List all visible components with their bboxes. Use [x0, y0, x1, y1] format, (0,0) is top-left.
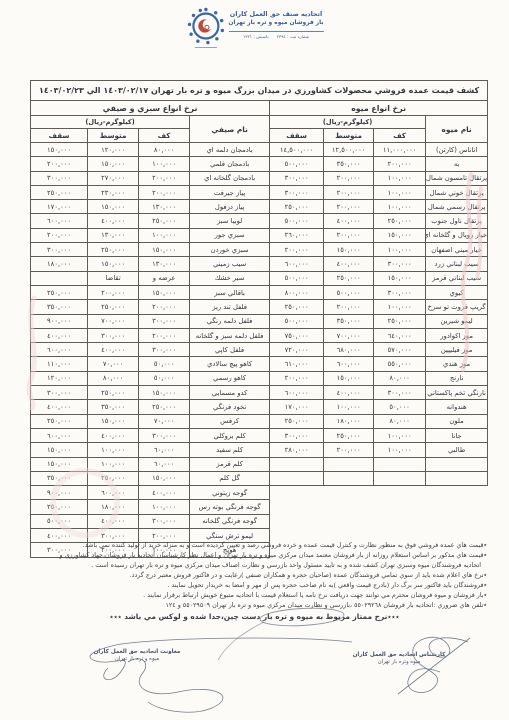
- fruit-floor-cell: ١٠٠,٠٠٠: [374, 200, 426, 214]
- footnotes: ٭قيمت هاي عمده فروشي فوق به منظور نظارت …: [22, 541, 487, 611]
- table-row: جانا١٠٠,٠٠٠٢٥٠,٠٠٠٣٠٠,٠٠٠كلم بروكلي٣٠٠,٠…: [31, 428, 488, 442]
- fruit-name-cell: پرتقال رسمي شمال: [426, 200, 488, 214]
- veg-cap-cell: ٤٠٠,٠٠٠: [31, 328, 88, 342]
- veg-cap-cell: ٩٠٠,٠٠٠: [31, 314, 88, 328]
- fruit-floor-cell: [374, 486, 426, 500]
- veg-floor-cell: ٨٠,٠٠٠: [139, 143, 190, 157]
- fruit-floor-cell: ٣٠٠,٠٠٠: [374, 285, 426, 299]
- fruit-avg-cell: [324, 514, 374, 528]
- veg-cap-cell: ١٥٠,٠٠٠: [31, 457, 88, 471]
- fruit-cap-cell: ٥٠٠,٠٠٠: [270, 314, 324, 328]
- veg-avg-cell: ١٨٠,٠٠٠: [88, 500, 139, 514]
- fruit-floor-cell: ٥٧٠,٠٠٠: [374, 343, 426, 357]
- veg-name-cell: گوجه زيتوني: [190, 486, 270, 500]
- table-row: گوجه زيتوني٤٠٠,٠٠٠٦٠٠,٠٠٠٩٠٠,٠٠٠: [31, 486, 488, 500]
- fruit-cap-cell: [270, 486, 324, 500]
- veg-avg-cell: ١٠٠,٠٠٠: [88, 457, 139, 471]
- fruit-name-cell: نارنگي تخم پاكستاني: [426, 386, 488, 400]
- veg-name-cell: سبزي جور: [190, 228, 270, 242]
- fruit-name-column-header: نام ميوه: [426, 116, 488, 143]
- veg-cap-cell: [31, 271, 88, 285]
- fruit-cap-cell: ٢٨٠,٠٠٠: [270, 443, 324, 457]
- veg-name-cell: لوبيا سبز: [190, 214, 270, 228]
- fruit-floor-cell: ١٠٠,٠٠٠: [374, 443, 426, 457]
- table-row: ليمو شيرين٢٥٠,٠٠٠٣٥٠,٠٠٠٥٠٠,٠٠٠فلفل دلمه…: [31, 314, 488, 328]
- veg-avg-cell: ٦٠٠,٠٠٠: [88, 486, 139, 500]
- footnote-line: ٭فروشندگان بايد فاكتور سر برگ دار (بادرج…: [22, 581, 487, 591]
- veg-floor-cell: ١٠٠,٠٠٠: [139, 157, 190, 171]
- veg-floor-cell: ٦٠,٠٠٠: [139, 443, 190, 457]
- fruit-avg-cell: [324, 457, 374, 471]
- fruit-floor-cell: ١٥٠,٠٠٠: [374, 271, 426, 285]
- fruit-cap-cell: ٣٠٠,٠٠٠: [270, 171, 324, 185]
- fruit-name-cell: خيار رويال و گلخانه اي: [426, 228, 488, 242]
- fruit-cap-cell: [270, 514, 324, 528]
- veg-avg-cell: ١٠٠,٠٠٠: [88, 443, 139, 457]
- veg-floor-cell: ١٠٠,٠٠٠: [139, 228, 190, 242]
- fruit-avg-cell: ٢٠٠,٠٠٠: [324, 228, 374, 242]
- fruit-cap-cell: ٢٥٠,٠٠٠: [270, 200, 324, 214]
- fruit-cap-cell: ٧٥٠,٠٠٠: [270, 328, 324, 342]
- price-table: كشف قيمت عمده فروشي محصولات كشاورزي در م…: [30, 80, 488, 558]
- veg-name-cell: نخود فرنگي: [190, 400, 270, 414]
- veg-name-cell: پياز دزفول: [190, 200, 270, 214]
- fruit-name-cell: اناناس (كارتن): [426, 143, 488, 157]
- veg-name-cell: پياز جيرفت: [190, 185, 270, 199]
- signature-left-subtitle: ميوه و تره بار تهران: [62, 656, 212, 662]
- fruit-name-cell: طالبي: [426, 443, 488, 457]
- fruit-avg-cell: ١٥٠,٠٠٠: [324, 371, 374, 385]
- veg-avg-cell: ٣٥٠,٠٠٠: [88, 400, 139, 414]
- fruit-cap-cell: [270, 500, 324, 514]
- veg-avg-cell: ٤٠٠,٠٠٠: [88, 428, 139, 442]
- table-row: خيار ميني اصفهان١٠٠,٠٠٠١٥٠,٠٠٠٢٠٠,٠٠٠سبز…: [31, 243, 488, 257]
- veg-avg-cell: ٣٠٠,٠٠٠: [88, 328, 139, 342]
- veg-floor-cell: ١٣٠,٠٠٠: [139, 200, 190, 214]
- fruit-name-cell: سيب لبناني زرد: [426, 257, 488, 271]
- veg-name-cell: كلم بروكلي: [190, 428, 270, 442]
- fruit-avg-cell: ١٢,٥٠٠,٠٠٠: [324, 143, 374, 157]
- fruit-floor-cell: [374, 500, 426, 514]
- table-row: موز اكوادور٦٤٠,٠٠٠٧٠٠,٠٠٠٧٥٠,٠٠٠فلفل دلم…: [31, 328, 488, 342]
- veg-avg-cell: ٤٠٠,٠٠٠: [88, 343, 139, 357]
- veg-avg-cell: ٢٥٠,٠٠٠: [88, 471, 139, 485]
- fruit-avg-cell: [324, 471, 374, 485]
- veg-cap-cell: ١٥٠,٠٠٠: [31, 143, 88, 157]
- fruit-name-cell: گريپ فروت تو سرخ: [426, 300, 488, 314]
- fruit-floor-cell: [374, 514, 426, 528]
- veg-cap-cell: ١٧٠,٠٠٠: [31, 200, 88, 214]
- table-row: موز هندي٥٥٠,٠٠٠٦٠٠,٠٠٠٦١٠,٠٠٠كاهو پيچ سا…: [31, 357, 488, 371]
- fruit-floor-cell: ٢٠٠,٠٠٠: [374, 157, 426, 171]
- veg-avg-cell: ٢٥٠,٠٠٠: [88, 300, 139, 314]
- fruit-cap-cell: [270, 457, 324, 471]
- veg-avg-cell: ٢٧٠,٠٠٠: [88, 171, 139, 185]
- veg-avg-cell: ٢٥٠,٠٠٠: [88, 243, 139, 257]
- fruit-name-cell: پرتقال خوني شمال: [426, 185, 488, 199]
- fruit-floor-cell: ٥٥٠,٠٠٠: [374, 357, 426, 371]
- veg-cap-cell: ١٨٠,٠٠٠: [31, 257, 88, 271]
- veg-name-cell: بادمجان قلمي: [190, 157, 270, 171]
- union-name-line2: بار فروشان ميوه و تره بار تهران: [228, 19, 323, 28]
- fruit-cap-cell: ٥٠٠,٠٠٠: [270, 271, 324, 285]
- fruit-avg-cell: ٤٠٠,٠٠٠: [324, 257, 374, 271]
- fruit-cap-cell: ٢٥٠,٠٠٠: [270, 414, 324, 428]
- veg-name-cell: گوجه فرنگي گلخانه: [190, 514, 270, 528]
- fruit-name-cell: هندوانه: [426, 400, 488, 414]
- fruit-floor-header: كف: [374, 129, 426, 143]
- veg-cap-cell: ٣٥٠,٠٠٠: [31, 471, 88, 485]
- signature-block-right: كارشناس اتحاديه حق العمل كاران ميوه وتره…: [333, 652, 465, 665]
- signature-right-subtitle: ميوه وتره بار تهران: [333, 659, 465, 665]
- veg-cap-header: سقف: [31, 129, 88, 143]
- fruit-name-cell: به: [426, 157, 488, 171]
- fruit-floor-cell: ٨٠,٠٠٠: [374, 414, 426, 428]
- fruit-floor-cell: ٥٠,٠٠٠: [374, 400, 426, 414]
- fruit-avg-cell: ٧٠٠,٠٠٠: [324, 328, 374, 342]
- fruit-floor-cell: ٢٥٠,٠٠٠: [374, 214, 426, 228]
- fruit-name-cell: [426, 514, 488, 528]
- fruit-avg-cell: ٣٥٠,٠٠٠: [324, 157, 374, 171]
- veg-floor-cell: ٦٠,٠٠٠: [139, 457, 190, 471]
- fruit-unit-label: (كيلوگرم-ريال): [270, 116, 426, 129]
- veg-name-column-header: نام صيفي: [190, 116, 270, 143]
- fruit-cap-cell: ٦٠٠,٠٠٠: [270, 257, 324, 271]
- fruit-cap-cell: ٣٠٠,٠٠٠: [270, 428, 324, 442]
- fruit-floor-cell: ١٠٠,٠٠٠: [374, 428, 426, 442]
- table-row: پرتقال تامسون شمال١٠٠,٠٠٠٢٠٠,٠٠٠٣٠٠,٠٠٠ب…: [31, 171, 488, 185]
- fruit-cap-cell: ٢٦٠,٠٠٠: [270, 228, 324, 242]
- veg-avg-cell: ٤٠٠,٠٠٠: [88, 214, 139, 228]
- fruit-avg-cell: [324, 486, 374, 500]
- fruit-avg-cell: ٢٠٠,٠٠٠: [324, 200, 374, 214]
- veg-name-cell: سبزي خوردن: [190, 243, 270, 257]
- table-row: هندوانه٥٠,٠٠٠١٠٠,٠٠٠١٧٠,٠٠٠نخود فرنگي٢٥٠…: [31, 400, 488, 414]
- fruit-cap-cell: ٧٢٠,٠٠٠: [270, 343, 324, 357]
- fruit-name-cell: [426, 486, 488, 500]
- signature-block-left: معاونت اتحاديه حق العمل كاران ميوه و تره…: [62, 649, 212, 662]
- signature-right-title: كارشناس اتحاديه حق العمل كاران: [333, 652, 465, 658]
- veg-floor-cell: ٢٠٠,٠٠٠: [139, 300, 190, 314]
- veg-avg-cell: ٢٥٠,٠٠٠: [88, 386, 139, 400]
- document-sheet: اتحاديه صنف حق العمل كاران بار فروشان مي…: [0, 0, 509, 720]
- veg-floor-cell: ٣٠٠,٠٠٠: [139, 314, 190, 328]
- footnote-line: ٭تلفن هاي ضروري :اتحاديه بار فروشان ٥٥٠٢…: [22, 601, 487, 611]
- veg-floor-cell: ١٣٠,٠٠٠: [139, 257, 190, 271]
- footnote-line: ٭قيمت هاي عمده فروشي فوق به منظور نظارت …: [22, 541, 487, 551]
- veg-name-cell: كاهو پيچ سالادي: [190, 357, 270, 371]
- fruit-avg-cell: ٥٠٠,٠٠٠: [324, 285, 374, 299]
- footnote-line: ٭بار فروشان و ميوه فروشان محترم مي توانن…: [22, 591, 487, 601]
- fruit-name-cell: خيار ميني اصفهان: [426, 243, 488, 257]
- premium-rate-notice: ٭٭٭نرخ ممتاز مربوط به ميوه و تره بار دست…: [0, 612, 509, 621]
- fruit-cap-cell: ٥٠٠,٠٠٠: [270, 214, 324, 228]
- table-row: پرتقال رسمي شمال١٠٠,٠٠٠٢٠٠,٠٠٠٢٥٠,٠٠٠پيا…: [31, 200, 488, 214]
- fruit-cap-cell: ٢٥٠,٠٠٠: [270, 300, 324, 314]
- fruit-avg-cell: ٣٥٠,٠٠٠: [324, 314, 374, 328]
- veg-avg-cell: ٧٠٠,٠٠٠: [88, 314, 139, 328]
- fruit-cap-cell: ٣٠٠,٠٠٠: [270, 185, 324, 199]
- handwritten-signatures: [0, 632, 509, 720]
- veg-cap-cell: ٩٠٠,٠٠٠: [31, 486, 88, 500]
- veg-avg-cell: ١٥٠,٠٠٠: [88, 200, 139, 214]
- fruit-cap-cell: [270, 471, 324, 485]
- veg-name-cell: كرفس: [190, 414, 270, 428]
- fruit-avg-cell: ٢٠٠,٠٠٠: [324, 185, 374, 199]
- fruit-avg-cell: ٢٥٠,٠٠٠: [324, 428, 374, 442]
- veg-cap-cell: ٣٠٠,٠٠٠: [31, 171, 88, 185]
- veg-cap-cell: ٢٠٠,٠٠٠: [31, 228, 88, 242]
- veg-floor-cell: ٣٠٠,٠٠٠: [139, 514, 190, 528]
- fruit-avg-cell: ٢٠٠,٠٠٠: [324, 171, 374, 185]
- veg-cap-cell: ٢٥٠,٠٠٠: [31, 285, 88, 299]
- veg-name-cell: كاهو رسمي: [190, 371, 270, 385]
- fruit-name-cell: موز اكوادور: [426, 328, 488, 342]
- veg-name-cell: كدو مسمايي: [190, 386, 270, 400]
- table-row: اناناس (كارتن)١١,٠٠٠,٠٠٠١٢,٥٠٠,٠٠٠١٤,٥٠٠…: [31, 143, 488, 157]
- veg-cap-cell: ٣٠٠,٠٠٠: [31, 243, 88, 257]
- fruit-avg-cell: ١٨٠,٠٠٠: [324, 414, 374, 428]
- veg-avg-cell: ٧٠,٠٠٠: [88, 357, 139, 371]
- table-row: موز فيليپين٥٧٠,٠٠٠٦٨٠,٠٠٠٧٢٠,٠٠٠فلفل كاپ…: [31, 343, 488, 357]
- fruit-floor-cell: ١٠٠,٠٠٠: [374, 185, 426, 199]
- veg-floor-cell: ٢٥٠,٠٠٠: [139, 400, 190, 414]
- price-rows: اناناس (كارتن)١١,٠٠٠,٠٠٠١٢,٥٠٠,٠٠٠١٤,٥٠٠…: [31, 143, 488, 558]
- fruit-cap-cell: ٦٠٠,٠٠٠: [270, 386, 324, 400]
- table-row: گوجه فرنگي گلخانه٣٠٠,٠٠٠٤٠٠,٠٠٠٥٠٠,٠٠٠: [31, 514, 488, 528]
- veg-floor-cell: ٢٠٠,٠٠٠: [139, 328, 190, 342]
- table-row: سيب لبناني قرمز١٥٠,٠٠٠٢٥٠,٠٠٠٥٠٠,٠٠٠سير …: [31, 271, 488, 285]
- fruit-name-cell: نارنج: [426, 371, 488, 385]
- fruit-floor-cell: ١٠٠,٠٠٠: [374, 171, 426, 185]
- veg-cap-cell: ٦٠٠,٠٠٠: [31, 214, 88, 228]
- veg-avg-cell: ١٥٠,٠٠٠: [88, 414, 139, 428]
- union-logo: اتحاديه صنف حق العمل كاران بار فروشان مي…: [185, 5, 323, 53]
- veg-floor-cell: ١٠٠,٠٠٠: [139, 500, 190, 514]
- veg-avg-header: متوسط: [88, 129, 139, 143]
- fruit-floor-cell: ١٠٠,٠٠٠: [374, 243, 426, 257]
- veg-floor-cell: ٢٥٠,٠٠٠: [139, 214, 190, 228]
- fruit-name-cell: [426, 471, 488, 485]
- fruit-floor-cell: ٦٤٠,٠٠٠: [374, 328, 426, 342]
- veg-name-cell: بادمجان گلخانه اي: [190, 171, 270, 185]
- fruit-name-cell: موز فيليپين: [426, 343, 488, 357]
- veg-name-cell: بادمجان دلمه اي: [190, 143, 270, 157]
- fruit-cap-cell: ٥٠٠,٠٠٠: [270, 157, 324, 171]
- veg-avg-cell: ١٢٠,٠٠٠: [88, 143, 139, 157]
- veg-name-cell: گل كلم: [190, 471, 270, 485]
- fruit-avg-cell: ٤٠٠,٠٠٠: [324, 214, 374, 228]
- veg-unit-label: (كيلوگرم-ريال): [31, 116, 190, 129]
- veg-cap-cell: ١١٠,٠٠٠: [31, 357, 88, 371]
- veg-name-cell: فلفل دلمه رنگي: [190, 314, 270, 328]
- fruit-cap-cell: ١٤,٥٠٠,٠٠٠: [270, 143, 324, 157]
- fruit-avg-cell: ٢٠٠,٠٠٠: [324, 300, 374, 314]
- veg-avg-cell: ٢٠٠,٠٠٠: [88, 285, 139, 299]
- veg-avg-cell: ١٥٠,٠٠٠: [88, 157, 139, 171]
- table-row: كلم قرمز٦٠,٠٠٠١٠٠,٠٠٠١٥٠,٠٠٠: [31, 457, 488, 471]
- fruit-name-cell: [426, 500, 488, 514]
- fruit-floor-cell: [374, 471, 426, 485]
- fruit-cap-cell: ٢٠٠,٠٠٠: [270, 371, 324, 385]
- fruit-avg-cell: ١٠٠,٠٠٠: [324, 400, 374, 414]
- veg-cap-cell: ٢٥٠,٠٠٠: [31, 185, 88, 199]
- table-row: خيار رويال و گلخانه اي١٥٠,٠٠٠٢٠٠,٠٠٠٢٦٠,…: [31, 228, 488, 242]
- veg-cap-cell: ٢٥٠,٠٠٠: [31, 500, 88, 514]
- fruit-name-cell: كيوي: [426, 285, 488, 299]
- fruit-cap-cell: ٢٠٠,٠٠٠: [270, 243, 324, 257]
- table-title: كشف قيمت عمده فروشي محصولات كشاورزي در م…: [31, 81, 488, 101]
- fruit-floor-cell: ٣٠٠,٠٠٠: [374, 257, 426, 271]
- fruit-name-cell: [426, 457, 488, 471]
- veg-avg-cell: ٤٠٠,٠٠٠: [88, 514, 139, 528]
- fruit-avg-cell: ٤٠٠,٠٠٠: [324, 386, 374, 400]
- veg-avg-cell: تقاضا: [88, 271, 139, 285]
- table-row: كيوي٣٠٠,٠٠٠٥٠٠,٠٠٠٨٠٠,٠٠٠باقالي سبز١٥٠,٠…: [31, 285, 488, 299]
- veg-name-cell: كلم سفيد: [190, 443, 270, 457]
- veg-name-cell: سير خشك: [190, 271, 270, 285]
- table-row: به٢٠٠,٠٠٠٣٥٠,٠٠٠٥٠٠,٠٠٠بادمجان قلمي١٠٠,٠…: [31, 157, 488, 171]
- veg-name-cell: فلفل تند ريز: [190, 300, 270, 314]
- veg-name-cell: فلفل دلمه سبز و گلخانه: [190, 328, 270, 342]
- veg-floor-cell: ١٥٠,٠٠٠: [139, 471, 190, 485]
- veg-cap-cell: ٦٠٠,٠٠٠: [31, 428, 88, 442]
- fruit-avg-cell: ١٥٠,٠٠٠: [324, 243, 374, 257]
- fruit-cap-cell: ٨٠٠,٠٠٠: [270, 285, 324, 299]
- veg-name-cell: گوجه فرنگي بوته رس: [190, 500, 270, 514]
- veg-floor-cell: ٢٠٠,٠٠٠: [139, 185, 190, 199]
- fruit-floor-cell: ١٠٠,٠٠٠: [374, 300, 426, 314]
- footnote-line: اتحاديه فروشندگان ميوه وسبزي تهران كشف ش…: [22, 561, 487, 571]
- fruit-floor-cell: ٨٠,٠٠٠: [374, 371, 426, 385]
- veg-name-cell: سيب زميني: [190, 257, 270, 271]
- veg-floor-cell: ٥٠,٠٠٠: [139, 357, 190, 371]
- fruit-avg-cell: [324, 500, 374, 514]
- fruit-floor-cell: ١٥٠,٠٠٠: [374, 228, 426, 242]
- table-row: گوجه فرنگي بوته رس١٠٠,٠٠٠١٨٠,٠٠٠٢٥٠,٠٠٠: [31, 500, 488, 514]
- fruit-cap-header: سقف: [270, 129, 324, 143]
- veg-floor-cell: ٥٠,٠٠٠: [139, 371, 190, 385]
- union-registration: شماره ثبت : ٢٣٩٤ تاسيس : ١٣٢١: [228, 31, 323, 39]
- fruit-cap-cell: ٦١٠,٠٠٠: [270, 357, 324, 371]
- veg-name-cell: كلم قرمز: [190, 457, 270, 471]
- fruit-cap-cell: ١٧٠,٠٠٠: [270, 400, 324, 414]
- fruit-name-cell: ليمو شيرين: [426, 314, 488, 328]
- fruit-section-header: نرخ انواع ميوه: [270, 101, 488, 116]
- veg-cap-cell: ٢٥٠,٠٠٠: [31, 414, 88, 428]
- footnote-line: ٭نرخ هاي اعلام شده بايد از سوي تمامي فرو…: [22, 571, 487, 581]
- veg-name-cell: فلفل كاپي: [190, 343, 270, 357]
- fruit-name-cell: سيب لبناني قرمز: [426, 271, 488, 285]
- veg-floor-cell: ١٥٠,٠٠٠: [139, 243, 190, 257]
- veg-avg-cell: ٨٠,٠٠٠: [88, 371, 139, 385]
- veg-floor-cell: ١٥٠,٠٠٠: [139, 386, 190, 400]
- fruit-avg-cell: ٢٠٠,٠٠٠: [324, 443, 374, 457]
- veg-avg-cell: ١٣٠,٠٠٠: [88, 228, 139, 242]
- union-reg-no: شماره ثبت : ٢٣٩٤: [277, 34, 309, 39]
- fruit-avg-header: متوسط: [324, 129, 374, 143]
- union-logo-text: اتحاديه صنف حق العمل كاران بار فروشان مي…: [228, 5, 323, 39]
- veg-floor-header: كف: [139, 129, 190, 143]
- fruit-avg-cell: ٢٥٠,٠٠٠: [324, 271, 374, 285]
- veg-floor-cell: ٣٠٠,٠٠٠: [139, 343, 190, 357]
- fruit-floor-cell: ٣٠٠,٠٠٠: [374, 386, 426, 400]
- veg-avg-cell: ٢٣٠,٠٠٠: [88, 185, 139, 199]
- signature-left-title: معاونت اتحاديه حق العمل كاران: [62, 649, 212, 655]
- veg-section-header: نرخ انواع سبزي و صيفي: [31, 101, 270, 116]
- fruit-name-cell: موز هندي: [426, 357, 488, 371]
- table-row: نارنگي تخم پاكستاني٣٠٠,٠٠٠٤٠٠,٠٠٠٦٠٠,٠٠٠…: [31, 386, 488, 400]
- veg-floor-cell: ١٥٠,٠٠٠: [139, 285, 190, 299]
- table-row: گريپ فروت تو سرخ١٠٠,٠٠٠٢٠٠,٠٠٠٢٥٠,٠٠٠فلف…: [31, 300, 488, 314]
- table-row: نارنج٨٠,٠٠٠١٥٠,٠٠٠٢٠٠,٠٠٠كاهو رسمي٥٠,٠٠٠…: [31, 371, 488, 385]
- table-row: گل كلم١٥٠,٠٠٠٢٥٠,٠٠٠٣٥٠,٠٠٠: [31, 471, 488, 485]
- union-name-line1: اتحاديه صنف حق العمل كاران: [228, 9, 323, 19]
- union-emblem-icon: [185, 5, 225, 53]
- fruit-name-cell: ملون: [426, 414, 488, 428]
- veg-cap-cell: ١٢٠,٠٠٠: [31, 371, 88, 385]
- table-row: سيب لبناني زرد٣٠٠,٠٠٠٤٠٠,٠٠٠٦٠٠,٠٠٠سيب ز…: [31, 257, 488, 271]
- veg-avg-cell: ١٥٠,٠٠٠: [88, 257, 139, 271]
- fruit-avg-cell: ٦٨٠,٠٠٠: [324, 343, 374, 357]
- footnote-line: ٭قيمت هاي مذكور بر اساس استعلام روزانه ا…: [22, 551, 487, 561]
- veg-cap-cell: ٤٠٠,٠٠٠: [31, 400, 88, 414]
- veg-cap-cell: ٦٠٠,٠٠٠: [31, 343, 88, 357]
- veg-floor-cell: ٣٠٠,٠٠٠: [139, 428, 190, 442]
- veg-floor-cell: عرضه و: [139, 271, 190, 285]
- fruit-floor-cell: ١١,٠٠٠,٠٠٠: [374, 143, 426, 157]
- table-row: پرتقال ناول جنوب٢٥٠,٠٠٠٤٠٠,٠٠٠٥٠٠,٠٠٠لوب…: [31, 214, 488, 228]
- veg-cap-cell: ١٥٠,٠٠٠: [31, 443, 88, 457]
- veg-cap-cell: ٥٠٠,٠٠٠: [31, 514, 88, 528]
- veg-floor-cell: ٤٠٠,٠٠٠: [139, 486, 190, 500]
- veg-floor-cell: ٢٠٠,٠٠٠: [139, 171, 190, 185]
- table-row: پرتقال خوني شمال١٠٠,٠٠٠٢٠٠,٠٠٠٣٠٠,٠٠٠پيا…: [31, 185, 488, 199]
- fruit-name-cell: پرتقال ناول جنوب: [426, 214, 488, 228]
- union-est-year: تاسيس : ١٣٢١: [243, 34, 269, 39]
- veg-name-cell: باقالي سبز: [190, 285, 270, 299]
- fruit-name-cell: پرتقال تامسون شمال: [426, 171, 488, 185]
- veg-cap-cell: ٣٥٠,٠٠٠: [31, 300, 88, 314]
- veg-floor-cell: ٧٠,٠٠٠: [139, 414, 190, 428]
- fruit-floor-cell: ٢٥٠,٠٠٠: [374, 314, 426, 328]
- fruit-floor-cell: [374, 457, 426, 471]
- table-row: ملون٨٠,٠٠٠١٨٠,٠٠٠٢٥٠,٠٠٠كرفس٧٠,٠٠٠١٥٠,٠٠…: [31, 414, 488, 428]
- table-row: طالبي١٠٠,٠٠٠٢٠٠,٠٠٠٢٨٠,٠٠٠كلم سفيد٦٠,٠٠٠…: [31, 443, 488, 457]
- veg-cap-cell: ٣٠٠,٠٠٠: [31, 386, 88, 400]
- fruit-name-cell: جانا: [426, 428, 488, 442]
- fruit-avg-cell: ٦٠٠,٠٠٠: [324, 357, 374, 371]
- veg-cap-cell: ٢٠٠,٠٠٠: [31, 157, 88, 171]
